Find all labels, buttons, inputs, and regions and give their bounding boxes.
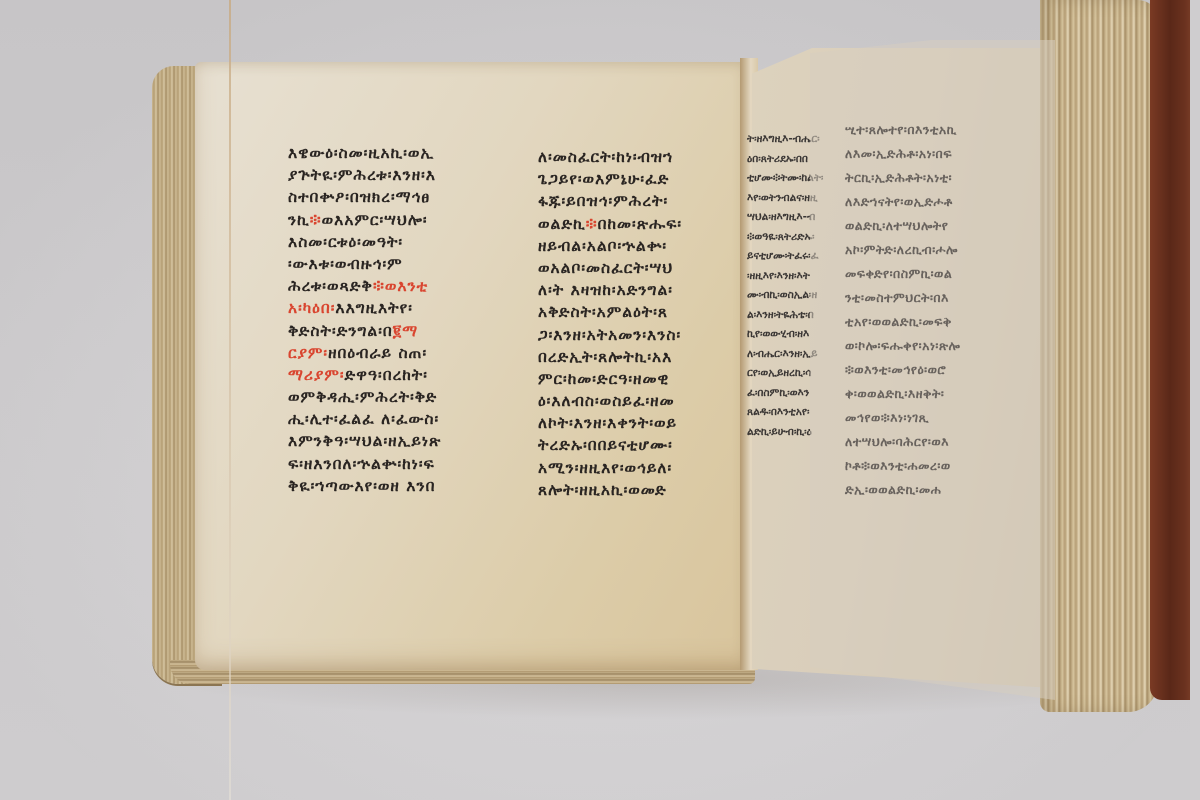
- ink-text: ለ፡ት እዛዝከ፡አድንግል፡: [538, 281, 673, 299]
- manuscript-line: እዌውዕ፡ስመ፡ዚአኪ፡ወኢ: [288, 142, 441, 164]
- manuscript-line: ለ፡ት እዛዝከ፡አድንግል፡: [538, 279, 682, 301]
- ink-text: እስመ፡ርቱዕ፡መዓት፡: [288, 233, 403, 251]
- manuscript-line: ለተሣህሎ፡ባሕርየ፡ወእ: [845, 430, 960, 454]
- manuscript-line: ዘይብል፡አልቦ፡ኍልቍ፡: [538, 235, 682, 257]
- rubric-text: ፨: [586, 215, 598, 233]
- manuscript-line: ትርኪ፡ኢድሕቶት፡አነቲ፡: [845, 166, 960, 190]
- ink-text: ዘበዕብራይ ስጠ፡: [328, 344, 427, 362]
- ink-text: ፋጁ፡ይበዝኅ፡ምሕረት፡: [538, 192, 668, 210]
- ink-text: ሒ፡ሊተ፡ፈልፈ ለ፡ፈውስ፡: [288, 410, 439, 428]
- ink-text: ጌጋይየ፡ወእምኔሁ፡ፈድ: [538, 170, 669, 188]
- manuscript-line: ስተበቍዖ፡በዝክረ፡ማኅፀ: [288, 186, 441, 208]
- rubric-text: አ፡ካዕበ፡: [288, 299, 335, 317]
- manuscript-line: ፋጁ፡ይበዝኅ፡ምሕረት፡: [538, 190, 682, 212]
- manuscript-line: ለኮት፡እንዘ፡እቀንት፡ወይ: [538, 412, 682, 434]
- ink-text: ሕረቱ፡ወጻድቅ: [288, 277, 373, 295]
- ink-text: ንኪ: [288, 211, 310, 229]
- manuscript-line: ወምቅዳሒ፡ምሕረት፡ቅድ: [288, 386, 441, 408]
- manuscript-line: እስመ፡ርቱዕ፡መዓት፡: [288, 231, 441, 253]
- ink-text: እእግዚእትየ፡: [335, 299, 412, 317]
- manuscript-line: አቅድስት፡አምልዕት፡ጸ: [538, 301, 682, 323]
- manuscript-line: ፡ውእቱ፡ወብዙኅ፡ም: [288, 253, 441, 275]
- manuscript-line: ርያም፡ዘበዕብራይ ስጠ፡: [288, 342, 441, 364]
- rubric-text: ርያም፡: [288, 344, 328, 362]
- manuscript-line: ቅድስት፡ድንግል፡በ፪ማ: [288, 320, 441, 342]
- ink-text: ጸሎት፡ዘዚአኪ፡ወመድ: [538, 481, 667, 499]
- manuscript-line: መኅየወ፨እነ፡ነገጺ: [845, 406, 960, 430]
- ink-text: ወምቅዳሒ፡ምሕረት፡ቅድ: [288, 388, 437, 406]
- manuscript-line: ያጕትዪ፡ምሕረቱ፡እንዘ፡እ: [288, 164, 441, 186]
- manuscript-line: ፨ወእንቲ፡መኅየዕ፡ወሮ: [845, 358, 960, 382]
- manuscript-line: እምንቅዓ፡ሣህል፡ዘኢይነጽ: [288, 430, 441, 452]
- manuscript-line: ፍ፡ዘእንበለ፡ኍልቍ፡ከነ፡ፍ: [288, 453, 441, 475]
- rubric-text: ፪ማ: [393, 322, 418, 340]
- ink-text: ለ፡መስፈርት፡ከነ፡ብዝኀ: [538, 148, 673, 166]
- ink-text: ዘይብል፡አልቦ፡ኍልቍ፡: [538, 237, 667, 255]
- ink-text: ጋ፡እንዘ፡አትአመን፡እንስ፡: [538, 326, 681, 344]
- manuscript-line: ንቲ፡መስተምህርት፡በእ: [845, 286, 960, 310]
- manuscript-line: ጸሎት፡ዘዚአኪ፡ወመድ: [538, 479, 682, 501]
- right-page-column-2: ሢተ፡ጸሎተየ፡በእንቲአኪለእመ፡ኢድሕቶ፡አነ፡በፍትርኪ፡ኢድሕቶት፡አነ…: [845, 118, 960, 502]
- ink-text: አሚን፡ዘዚእየ፡ወኅይለ፡: [538, 459, 672, 477]
- manuscript-line: ወ፡ኮሎ፡ፍሑቀየ፡አነ፡ጽሎ: [845, 334, 960, 358]
- manuscript-line: ወልድኪ፨በከመ፡ጽሑፍ፡: [538, 213, 682, 235]
- manuscript-line: ዕ፡እለብስ፡ወስይፈ፡ዘመ: [538, 390, 682, 412]
- manuscript-line: ሒ፡ሊተ፡ፈልፈ ለ፡ፈውስ፡: [288, 408, 441, 430]
- manuscript-line: አሚን፡ዘዚእየ፡ወኅይለ፡: [538, 457, 682, 479]
- ink-text: ወልድኪ: [538, 215, 586, 233]
- left-page-column-1: እዌውዕ፡ስመ፡ዚአኪ፡ወኢያጕትዪ፡ምሕረቱ፡እንዘ፡እስተበቍዖ፡በዝክረ፡…: [288, 142, 441, 497]
- manuscript-line: ለእድኀናትየ፡ወኢድሖቶ: [845, 190, 960, 214]
- binding-string: [229, 0, 231, 800]
- manuscript-line: ለእመ፡ኢድሕቶ፡አነ፡በፍ: [845, 142, 960, 166]
- rubric-text: ፨ወእንቲ: [373, 277, 428, 295]
- rubric-text: ማሪያም፡: [288, 366, 345, 384]
- manuscript-line: ወልድኪ፡ለተሣህሎትየ: [845, 214, 960, 238]
- manuscript-line: ትረድኡ፡በበይናቲሆሙ፡: [538, 434, 682, 456]
- manuscript-line: ለ፡መስፈርት፡ከነ፡ብዝኀ: [538, 146, 682, 168]
- manuscript-line: ወአልቦ፡መስፈርት፡ሣህ: [538, 257, 682, 279]
- background-edge: [1190, 0, 1200, 800]
- ink-text: ስተበቍዖ፡በዝክረ፡ማኅፀ: [288, 188, 430, 206]
- manuscript-line: አኮ፡ምትድ፡ለረኪብ፡ሖሎ: [845, 238, 960, 262]
- ink-text: ዕ፡እለብስ፡ወስይፈ፡ዘመ: [538, 392, 675, 410]
- ink-text: ምር፡ከመ፡ድርዓ፡ዘመዊ: [538, 370, 669, 388]
- manuscript-line: ማሪያም፡ድዋዓ፡በረከት፡: [288, 364, 441, 386]
- ink-text: ፍ፡ዘእንበለ፡ኍልቍ፡ከነ፡ፍ: [288, 455, 435, 473]
- ink-text: ቅዪ፡ኀጣውእየ፡ወዘ እንበ: [288, 477, 435, 495]
- right-page-stack-edges: [1040, 0, 1158, 712]
- ink-text: ቅድስት፡ድንግል፡በ: [288, 322, 393, 340]
- left-page-column-2: ለ፡መስፈርት፡ከነ፡ብዝኀጌጋይየ፡ወእምኔሁ፡ፈድፋጁ፡ይበዝኅ፡ምሕረት፡…: [538, 146, 682, 501]
- manuscript-line: ጋ፡እንዘ፡አትአመን፡እንስ፡: [538, 324, 682, 346]
- manuscript-line: ምር፡ከመ፡ድርዓ፡ዘመዊ: [538, 368, 682, 390]
- manuscript-line: ቅዪ፡ኀጣውእየ፡ወዘ እንበ: [288, 475, 441, 497]
- rubric-text: ፨: [310, 211, 322, 229]
- manuscript-line: ጌጋይየ፡ወእምኔሁ፡ፈድ: [538, 168, 682, 190]
- ink-text: ፡ውእቱ፡ወብዙኅ፡ም: [288, 255, 403, 273]
- ink-text: ወአልቦ፡መስፈርት፡ሣህ: [538, 259, 673, 277]
- ink-text: በከመ፡ጽሑፍ፡: [598, 215, 682, 233]
- ink-text: ትረድኡ፡በበይናቲሆሙ፡: [538, 436, 673, 454]
- manuscript-line: አ፡ካዕበ፡እእግዚእትየ፡: [288, 297, 441, 319]
- ink-text: ያጕትዪ፡ምሕረቱ፡እንዘ፡እ: [288, 166, 436, 184]
- manuscript-line: በረድኢት፡ጸሎትኪ፡አእ: [538, 346, 682, 368]
- ink-text: ወእአምር፡ሣህሎ፡: [322, 211, 428, 229]
- manuscript-line: ሢተ፡ጸሎተየ፡በእንቲአኪ: [845, 118, 960, 142]
- ink-text: ለኮት፡እንዘ፡እቀንት፡ወይ: [538, 414, 677, 432]
- manuscript-line: ኮቶ፨ወእንቲ፡ሐመረ፡ወ: [845, 454, 960, 478]
- manuscript-line: ድኢ፡ወወልድኪ፡መሐ: [845, 478, 960, 502]
- ink-text: አቅድስት፡አምልዕት፡ጸ: [538, 303, 668, 321]
- manuscript-line: ሕረቱ፡ወጻድቅ፨ወእንቲ: [288, 275, 441, 297]
- manuscript-line: ቀ፡ወወልድኪ፡እዘቅት፡: [845, 382, 960, 406]
- manuscript-line: ቲአየ፡ወወልድኪ፡መፍቅ: [845, 310, 960, 334]
- ink-text: እዌውዕ፡ስመ፡ዚአኪ፡ወኢ: [288, 144, 434, 162]
- manuscript-line: መፍቀድየ፡በስምኪ፡ወል: [845, 262, 960, 286]
- ink-text: በረድኢት፡ጸሎትኪ፡አእ: [538, 348, 672, 366]
- manuscript-line: ንኪ፨ወእአምር፡ሣህሎ፡: [288, 209, 441, 231]
- ink-text: ድዋዓ፡በረከት፡: [345, 366, 428, 384]
- ink-text: እምንቅዓ፡ሣህል፡ዘኢይነጽ: [288, 432, 441, 450]
